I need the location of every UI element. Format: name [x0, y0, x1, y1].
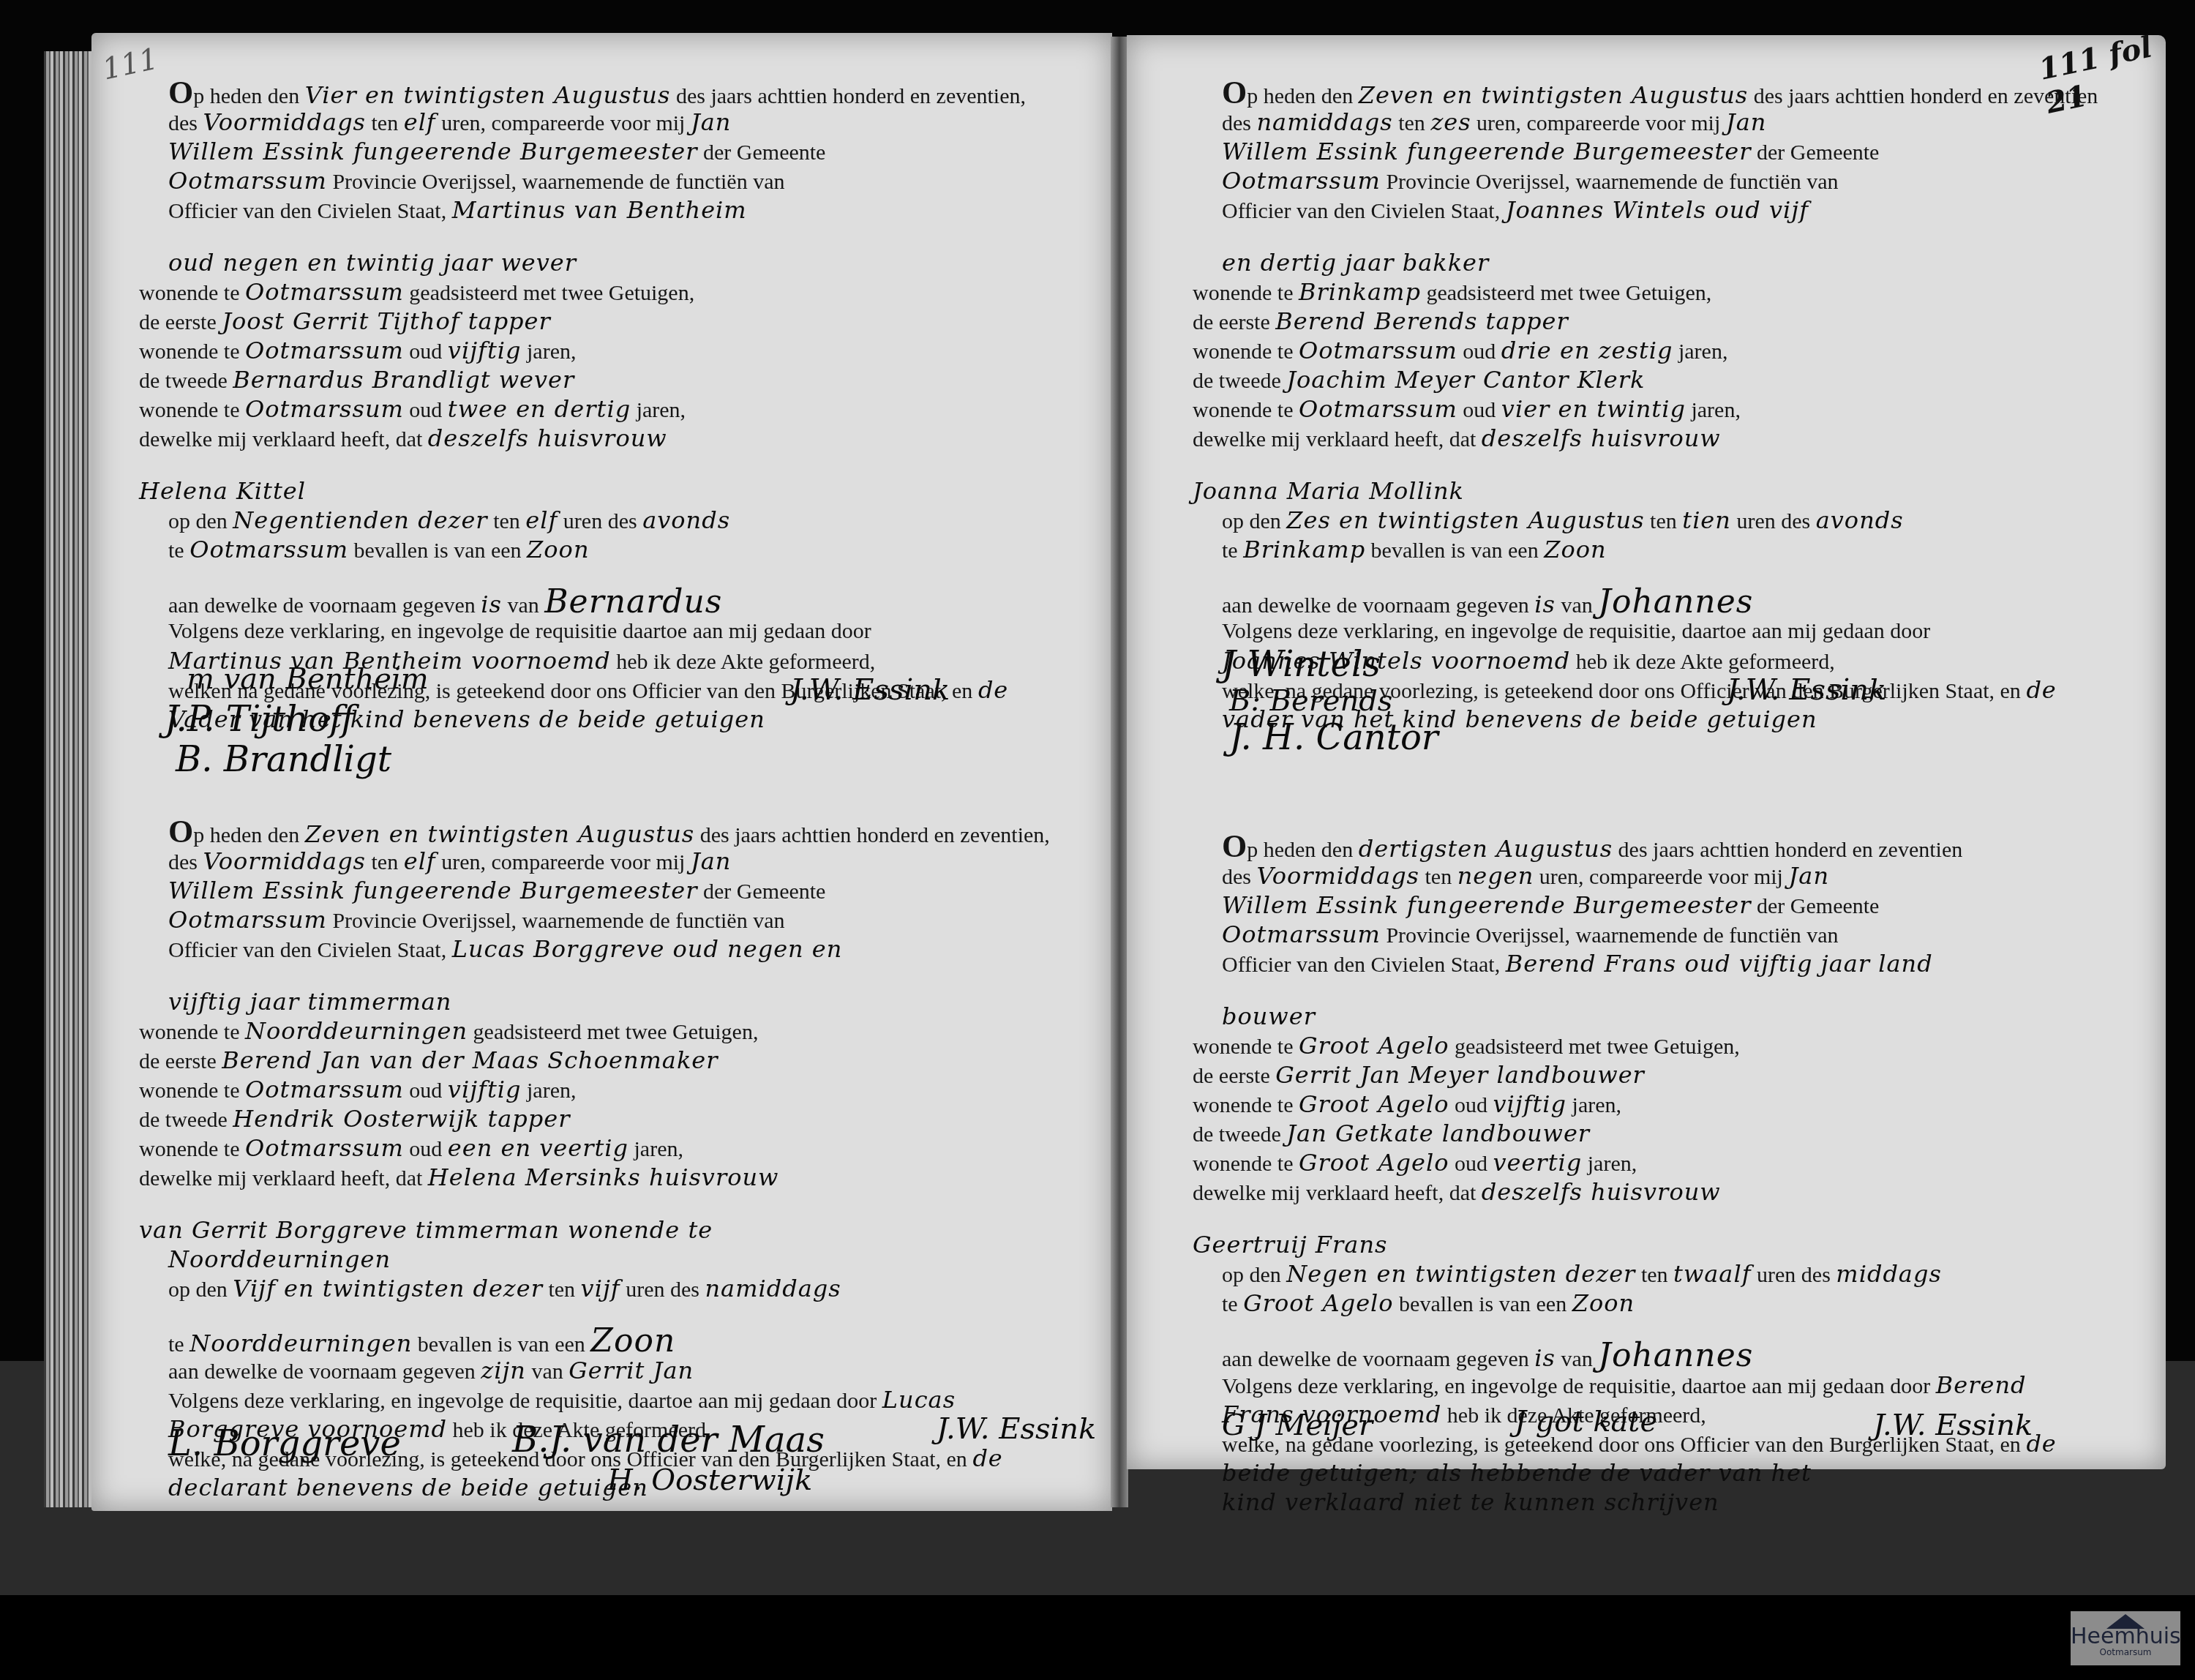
act-line: wonende te Ootmarssum oud drie en zestig…: [1193, 338, 1727, 364]
act-line: Willem Essink fungeerende Burgemeester d…: [168, 878, 825, 904]
handwritten-entry: Groot Agelo: [1299, 1032, 1449, 1060]
printed-text: des jaars achttien honderd en zeventien: [1748, 84, 2098, 108]
handwritten-entry: middags: [1836, 1260, 1942, 1288]
handwritten-entry: Lucas Borggreve oud negen en: [452, 935, 843, 963]
handwritten-entry: Zoon: [1544, 536, 1606, 563]
handwritten-entry: bouwer: [1222, 1002, 1316, 1030]
handwritten-entry: drie en zestig: [1501, 337, 1673, 364]
handwritten-entry: Willem Essink fungeerende Burgemeester: [168, 877, 698, 904]
printed-text: ten: [488, 509, 526, 533]
handwritten-entry: vijftig: [448, 337, 522, 364]
act-line: vijftig jaar timmerman: [168, 989, 451, 1016]
handwritten-entry: een en veertig: [448, 1134, 629, 1162]
handwritten-entry: oud negen en twintig jaar wever: [168, 249, 577, 277]
handwritten-entry: Willem Essink fungeerende Burgemeester: [1222, 138, 1752, 165]
handwritten-entry: namiddags: [705, 1275, 841, 1302]
handwritten-entry: van Gerrit Borggreve timmerman wonende t…: [139, 1216, 713, 1244]
printed-text: des: [1222, 111, 1257, 135]
printed-text: oud: [1457, 398, 1501, 422]
handwritten-entry: vijftig: [1493, 1090, 1566, 1118]
printed-text: wonende te: [1193, 340, 1299, 364]
act-line: wonende te Brinkamp geadsisteerd met twe…: [1193, 280, 1711, 306]
handwritten-entry: en dertig jaar bakker: [1222, 249, 1489, 277]
signature-act2-official: J.W. Essink: [937, 1412, 1096, 1446]
handwritten-entry: de: [972, 1444, 1002, 1472]
printed-text: jaren,: [1673, 340, 1727, 364]
act-line: Willem Essink fungeerende Burgemeester d…: [168, 139, 825, 165]
printed-text: de tweede: [1193, 369, 1286, 393]
act-line: de eerste Gerrit Jan Meyer landbouwer: [1193, 1062, 1645, 1089]
printed-text: jaren,: [629, 1137, 683, 1161]
handwritten-entry: Joanna Maria Mollink: [1193, 477, 1464, 505]
signature-act3-father: J Wintels: [1222, 644, 1381, 685]
handwritten-entry: Hendrik Oosterwijk tapper: [233, 1105, 570, 1133]
printed-text: Op heden den: [168, 823, 305, 847]
printed-text: ten: [1393, 111, 1431, 135]
act-line: Volgens deze verklaring, en ingevolge de…: [168, 1387, 956, 1414]
act-line: Op heden den Zeven en twintigsten August…: [168, 820, 1050, 848]
handwritten-entry: Vier en twintigsten Augustus: [305, 81, 671, 109]
handwritten-entry: declarant benevens de beide getuigen: [168, 1474, 648, 1501]
handwritten-entry: Zeven en twintigsten Augustus: [1359, 81, 1748, 109]
handwritten-entry: Ootmarssum: [1222, 167, 1381, 195]
act-line: Ootmarssum Provincie Overijssel, waarnem…: [1222, 922, 1838, 948]
act-line: wonende te Noorddeurningen geadsisteerd …: [139, 1019, 758, 1045]
handwritten-entry: elf: [404, 847, 436, 875]
act-line: de tweede Joachim Meyer Cantor Klerk: [1193, 367, 1645, 394]
act-line: beide getuigen; als hebbende de vader va…: [1222, 1460, 1812, 1487]
act-line: op den Negen en twintigsten dezer ten tw…: [1222, 1261, 1942, 1288]
handwritten-entry: Gerrit Jan Meyer landbouwer: [1275, 1061, 1645, 1089]
printed-text: des jaars achttien honderd en zeventien: [1613, 838, 1962, 862]
heemhuis-watermark-logo: Heemhuis Ootmarsum: [2071, 1611, 2180, 1665]
act-line: Geertruij Frans: [1193, 1232, 1387, 1259]
act-line: aan dewelke de voornaam gegeven is van B…: [168, 590, 722, 618]
handwritten-entry: Berend: [1936, 1371, 2027, 1399]
act-line: wonende te Ootmarssum geadsisteerd met t…: [139, 280, 694, 306]
drop-capital: O: [1222, 75, 1247, 110]
handwritten-entry: Bernardus Brandligt wever: [233, 366, 574, 394]
signature-act2-declarant: L. Borggreve: [168, 1423, 401, 1464]
handwritten-entry: Voormiddags: [203, 108, 367, 136]
handwritten-entry: Ootmarssum: [245, 337, 404, 364]
printed-text: de eerste: [139, 310, 222, 334]
printed-text: dewelke mij verklaard heeft, dat: [1193, 427, 1482, 451]
handwritten-entry: Joannes Wintels oud vijf: [1506, 196, 1809, 224]
printed-text: wonende te: [1193, 398, 1299, 422]
printed-text: wonende te: [1193, 1152, 1299, 1176]
handwritten-entry: vijftig: [448, 1076, 522, 1103]
printed-text: dewelke mij verklaard heeft, dat: [139, 427, 428, 451]
printed-text: aan dewelke de voornaam gegeven: [168, 1360, 481, 1384]
handwritten-entry: is: [481, 590, 502, 618]
printed-text: bevallen is van een: [1394, 1292, 1572, 1316]
printed-text: Op heden den: [168, 84, 305, 108]
handwritten-entry: elf: [404, 108, 436, 136]
printed-text: oud: [404, 340, 448, 364]
act-line: de eerste Berend Berends tapper: [1193, 309, 1569, 335]
signature-act3-witness2: J. H. Cantor: [1229, 717, 1438, 758]
handwritten-entry: veertig: [1493, 1149, 1582, 1177]
signature-act2-witness1: B.J. van der Maas: [512, 1420, 825, 1460]
printed-text: oud: [404, 1137, 448, 1161]
handwritten-entry: Jan: [691, 108, 732, 136]
act-line: Ootmarssum Provincie Overijssel, waarnem…: [168, 907, 784, 934]
handwritten-entry: Helena Kittel: [139, 477, 306, 505]
act-line: dewelke mij verklaard heeft, dat deszelf…: [1193, 1180, 1721, 1206]
printed-text: dewelke mij verklaard heeft, dat: [1193, 1181, 1482, 1205]
handwritten-entry: Negentienden dezer: [233, 506, 487, 534]
printed-text: uren des: [1752, 1263, 1836, 1287]
act-line: Noorddeurningen: [168, 1247, 391, 1273]
act-line: te Groot Agelo bevallen is van een Zoon: [1222, 1291, 1635, 1317]
act-line: Volgens deze verklaring, en ingevolge de…: [168, 619, 871, 644]
printed-text: van: [1556, 593, 1598, 618]
signature-act3-witness1: B: Berends: [1229, 684, 1392, 718]
handwritten-entry: Ootmarssum: [1222, 920, 1381, 948]
printed-text: Officier van den Civielen Staat,: [1222, 199, 1506, 223]
printed-text: wonende te: [139, 1079, 245, 1103]
printed-text: op den: [1222, 509, 1286, 533]
printed-text: Op heden den: [1222, 84, 1359, 108]
act-line: aan dewelke de voornaam gegeven zijn van…: [168, 1358, 694, 1384]
printed-text: jaren,: [521, 1079, 576, 1103]
handwritten-entry: deszelfs huisvrouw: [1482, 1178, 1721, 1206]
printed-text: van: [502, 593, 544, 618]
act-line: op den Zes en twintigsten Augustus ten t…: [1222, 508, 1904, 534]
handwritten-entry: Ootmarssum: [190, 536, 348, 563]
handwritten-entry: Johannes: [1598, 583, 1753, 620]
handwritten-entry: Groot Agelo: [1299, 1090, 1449, 1118]
handwritten-entry: Zoon: [590, 1322, 675, 1360]
handwritten-entry: Noorddeurningen: [190, 1330, 412, 1357]
printed-text: Officier van den Civielen Staat,: [168, 938, 452, 962]
printed-text: des: [168, 111, 203, 135]
printed-text: op den: [168, 1278, 233, 1302]
handwritten-entry: twaalf: [1673, 1260, 1751, 1288]
drop-capital: O: [168, 814, 193, 850]
printed-text: Volgens deze verklaring, en ingevolge de…: [1222, 619, 1930, 643]
printed-text: wonende te: [139, 398, 245, 422]
act-line: de tweede Jan Getkate landbouwer: [1193, 1121, 1590, 1147]
handwritten-entry: negen: [1457, 862, 1534, 890]
handwritten-entry: Jan: [1788, 862, 1829, 890]
act-line: Op heden den Zeven en twintigsten August…: [1222, 80, 2098, 109]
handwritten-entry: Groot Agelo: [1299, 1149, 1449, 1177]
printed-text: geadsisteerd met twee Getuigen,: [1449, 1035, 1739, 1059]
printed-text: van: [526, 1360, 569, 1384]
handwritten-entry: Groot Agelo: [1243, 1289, 1393, 1317]
printed-text: dewelke mij verklaard heeft, dat: [139, 1166, 428, 1190]
handwritten-entry: Zoon: [527, 536, 589, 563]
act-line: Willem Essink fungeerende Burgemeester d…: [1222, 893, 1879, 919]
handwritten-entry: twee en dertig: [448, 395, 631, 423]
printed-text: oud: [1457, 340, 1501, 364]
printed-text: des: [1222, 865, 1257, 889]
book-gutter: [1111, 37, 1128, 1507]
handwritten-entry: Noorddeurningen: [245, 1017, 468, 1045]
printed-text: wonende te: [139, 1020, 245, 1044]
handwritten-entry: Ootmarssum: [1299, 337, 1457, 364]
act-line: te Noorddeurningen bevallen is van een Z…: [168, 1329, 675, 1357]
handwritten-entry: Berend Berends tapper: [1275, 307, 1568, 335]
handwritten-entry: dertigsten Augustus: [1359, 835, 1613, 863]
printed-text: Provincie Overijssel, waarnemende de fun…: [327, 909, 785, 933]
signature-act4-witness1: G J Meijer: [1222, 1409, 1373, 1442]
drop-capital: O: [168, 75, 193, 110]
act-line: dewelke mij verklaard heeft, dat deszelf…: [1193, 426, 1721, 452]
handwritten-entry: Ootmarssum: [245, 1134, 404, 1162]
act-line: Volgens deze verklaring, en ingevolge de…: [1222, 1373, 2027, 1399]
act-line: declarant benevens de beide getuigen: [168, 1475, 648, 1501]
printed-text: uren des: [620, 1278, 705, 1302]
printed-text: de eerste: [1193, 1064, 1275, 1088]
printed-text: Provincie Overijssel, waarnemende de fun…: [1381, 923, 1839, 948]
handwritten-entry: Vijf en twintigsten dezer: [233, 1275, 543, 1302]
printed-text: te: [1222, 1292, 1243, 1316]
printed-text: de tweede: [1193, 1122, 1286, 1147]
printed-text: Provincie Overijssel, waarnemende de fun…: [1381, 170, 1839, 194]
act-line: Officier van den Civielen Staat, Berend …: [1222, 951, 1933, 978]
act-line: Joanna Maria Mollink: [1193, 479, 1464, 505]
printed-text: oud: [1449, 1152, 1493, 1176]
handwritten-entry: Ootmarssum: [245, 1076, 404, 1103]
printed-text: jaren,: [631, 398, 686, 422]
handwritten-entry: zijn: [481, 1357, 526, 1384]
printed-text: geadsisteerd met twee Getuigen,: [1421, 281, 1711, 305]
handwritten-entry: Lucas: [882, 1386, 956, 1414]
act-line: kind verklaard niet te kunnen schrijven: [1222, 1490, 1719, 1516]
handwritten-entry: namiddags: [1257, 108, 1393, 136]
signature-act1-official: J.W. Essink: [790, 673, 950, 707]
handwritten-entry: Brinkamp: [1243, 536, 1365, 563]
printed-text: heb ik deze Akte geformeerd,: [611, 650, 876, 674]
printed-text: te: [1222, 539, 1243, 563]
act-line: en dertig jaar bakker: [1222, 250, 1489, 277]
act-line: wonende te Ootmarssum oud vijftig jaren,: [139, 338, 576, 364]
handwritten-entry: Voormiddags: [1257, 862, 1420, 890]
act-line: Officier van den Civielen Staat, Lucas B…: [168, 937, 842, 963]
printed-text: jaren,: [1566, 1093, 1621, 1117]
printed-text: jaren,: [1582, 1152, 1637, 1176]
act-line: Op heden den dertigsten Augustus des jaa…: [1222, 834, 1962, 863]
printed-text: wonende te: [1193, 281, 1299, 305]
handwritten-entry: vier en twintig: [1501, 395, 1686, 423]
printed-text: Provincie Overijssel, waarnemende de fun…: [327, 170, 785, 194]
handwritten-entry: Joachim Meyer Cantor Klerk: [1286, 366, 1645, 394]
act-line: op den Negentienden dezer ten elf uren d…: [168, 508, 730, 534]
act-line: wonende te Ootmarssum oud een en veertig…: [139, 1136, 683, 1162]
printed-text: uren, compareerde voor mij: [436, 850, 691, 874]
handwritten-entry: avonds: [1816, 506, 1904, 534]
signature-act1-witness2: B. Brandligt: [176, 739, 391, 780]
printed-text: bevallen is van een: [1365, 539, 1544, 563]
printed-text: Volgens deze verklaring, en ingevolge de…: [1222, 1374, 1936, 1398]
handwritten-entry: deszelfs huisvrouw: [428, 424, 667, 452]
handwritten-entry: Jan: [691, 847, 732, 875]
handwritten-entry: Bernardus: [544, 583, 722, 620]
handwritten-entry: Ootmarssum: [168, 167, 327, 195]
handwritten-entry: kind verklaard niet te kunnen schrijven: [1222, 1488, 1719, 1516]
act-line: Officier van den Civielen Staat, Martinu…: [168, 198, 747, 224]
act-line: Helena Kittel: [139, 479, 306, 505]
printed-text: Op heden den: [1222, 838, 1359, 862]
act-line: des Voormiddags ten negen uren, comparee…: [1222, 863, 1829, 890]
act-line: wonende te Ootmarssum oud twee en dertig…: [139, 397, 686, 423]
handwritten-entry: Brinkamp: [1299, 278, 1421, 306]
handwritten-entry: tien: [1682, 506, 1731, 534]
act-line: des Voormiddags ten elf uren, compareerd…: [168, 110, 731, 136]
act-line: wonende te Groot Agelo geadsisteerd met …: [1193, 1033, 1740, 1060]
printed-text: ten: [1635, 1263, 1673, 1287]
handwritten-entry: Ootmarssum: [1299, 395, 1457, 423]
printed-text: bevallen is van een: [348, 539, 527, 563]
handwritten-entry: Martinus van Bentheim: [452, 196, 747, 224]
handwritten-entry: elf: [525, 506, 558, 534]
act-line: wonende te Groot Agelo oud veertig jaren…: [1193, 1150, 1637, 1177]
handwritten-entry: Berend Jan van der Maas Schoenmaker: [222, 1046, 718, 1074]
handwritten-entry: beide getuigen; als hebbende de vader va…: [1222, 1459, 1812, 1487]
printed-text: uren, compareerde voor mij: [1534, 865, 1788, 889]
act-line: aan dewelke de voornaam gegeven is van J…: [1222, 590, 1753, 618]
handwritten-entry: Willem Essink fungeerende Burgemeester: [168, 138, 698, 165]
printed-text: des jaars achttien honderd en zeventien,: [670, 84, 1026, 108]
printed-text: wonende te: [139, 281, 245, 305]
printed-text: uren des: [1731, 509, 1816, 533]
handwritten-entry: Negen en twintigsten dezer: [1286, 1260, 1635, 1288]
printed-text: uren, compareerde voor mij: [436, 111, 691, 135]
handwritten-entry: Noorddeurningen: [168, 1245, 391, 1273]
printed-text: der Gemeente: [1752, 894, 1880, 918]
handwritten-entry: de: [978, 676, 1008, 704]
printed-text: te: [168, 539, 190, 563]
book-page-edges: [44, 51, 94, 1507]
handwritten-entry: Berend Frans oud vijftig jaar land: [1506, 950, 1933, 978]
act-line: Officier van den Civielen Staat, Joannes…: [1222, 198, 1809, 224]
printed-text: aan dewelke de voornaam gegeven: [1222, 1347, 1534, 1371]
drop-capital: O: [1222, 828, 1247, 864]
printed-text: oud: [404, 398, 448, 422]
printed-text: de tweede: [139, 1108, 233, 1132]
act-line: dewelke mij verklaard heeft, dat Helena …: [139, 1165, 778, 1191]
signature-act3-official: J.W. Essink: [1727, 673, 1886, 707]
act-line: van Gerrit Borggreve timmerman wonende t…: [139, 1218, 713, 1244]
signature-act4-witness2: J got kate: [1515, 1405, 1657, 1439]
printed-text: wonende te: [1193, 1035, 1299, 1059]
act-line: te Ootmarssum bevallen is van een Zoon: [168, 537, 589, 563]
handwritten-entry: Ootmarssum: [168, 906, 327, 934]
printed-text: uren des: [558, 509, 642, 533]
handwritten-entry: Johannes: [1598, 1337, 1753, 1374]
printed-text: der Gemeente: [698, 140, 826, 165]
printed-text: geadsisteerd met twee Getuigen,: [404, 281, 694, 305]
printed-text: Volgens deze verklaring, en ingevolge de…: [168, 1389, 882, 1413]
act-line: wonende te Ootmarssum oud vijftig jaren,: [139, 1077, 576, 1103]
handwritten-entry: vijf: [581, 1275, 620, 1302]
handwritten-entry: Zes en twintigsten Augustus: [1286, 506, 1644, 534]
act-line: op den Vijf en twintigsten dezer ten vij…: [168, 1276, 841, 1302]
handwritten-entry: Willem Essink fungeerende Burgemeester: [1222, 891, 1752, 919]
printed-text: ten: [543, 1278, 581, 1302]
printed-text: te: [168, 1332, 190, 1357]
act-line: des Voormiddags ten elf uren, compareerd…: [168, 849, 731, 875]
printed-text: oud: [1449, 1093, 1493, 1117]
handwritten-entry: de: [2026, 676, 2056, 704]
printed-text: wonende te: [139, 1137, 245, 1161]
printed-text: op den: [1222, 1263, 1286, 1287]
act-line: de eerste Berend Jan van der Maas Schoen…: [139, 1048, 718, 1074]
printed-text: uren, compareerde voor mij: [1471, 111, 1726, 135]
handwritten-entry: Jan Getkate landbouwer: [1286, 1120, 1590, 1147]
printed-text: des jaars achttien honderd en zeventien,: [694, 823, 1050, 847]
act-line: bouwer: [1222, 1004, 1316, 1030]
signature-act1-witness1: J.P. Tijthoff: [165, 699, 354, 740]
act-line: Ootmarssum Provincie Overijssel, waarnem…: [1222, 168, 1838, 195]
printed-text: des: [168, 850, 203, 874]
handwritten-entry: Geertruij Frans: [1193, 1231, 1387, 1259]
act-line: Ootmarssum Provincie Overijssel, waarnem…: [168, 168, 784, 195]
act-line: de tweede Hendrik Oosterwijk tapper: [139, 1106, 571, 1133]
act-line: te Brinkamp bevallen is van een Zoon: [1222, 537, 1607, 563]
printed-text: van: [1556, 1347, 1598, 1371]
handwritten-entry: Jan: [1726, 108, 1767, 136]
printed-text: op den: [168, 509, 233, 533]
act-line: aan dewelke de voornaam gegeven is van J…: [1222, 1343, 1753, 1372]
handwritten-entry: deszelfs huisvrouw: [1482, 424, 1721, 452]
printed-text: jaren,: [521, 340, 576, 364]
printed-text: der Gemeente: [698, 880, 826, 904]
handwritten-entry: vijftig jaar timmerman: [168, 988, 451, 1016]
handwritten-entry: Zeven en twintigsten Augustus: [305, 820, 694, 848]
act-line: Willem Essink fungeerende Burgemeester d…: [1222, 139, 1879, 165]
handwritten-entry: is: [1534, 1344, 1556, 1372]
handwritten-entry: Gerrit Jan: [569, 1357, 694, 1384]
watermark-name: Heemhuis: [2071, 1626, 2180, 1648]
handwritten-entry: Ootmarssum: [245, 395, 404, 423]
handwritten-entry: Helena Mersinks huisvrouw: [428, 1163, 779, 1191]
printed-text: der Gemeente: [1752, 140, 1880, 165]
act-line: Volgens deze verklaring, en ingevolge de…: [1222, 619, 1930, 644]
scan-border: [0, 1595, 2195, 1680]
signature-act1-father-top: m van Bentheim: [187, 662, 429, 696]
handwritten-entry: Ootmarssum: [245, 278, 404, 306]
act-line: wonende te Groot Agelo oud vijftig jaren…: [1193, 1092, 1621, 1118]
printed-text: aan dewelke de voornaam gegeven: [1222, 593, 1534, 618]
printed-text: de eerste: [1193, 310, 1275, 334]
printed-text: ten: [1645, 509, 1683, 533]
act-line: de eerste Joost Gerrit Tijthof tapper: [139, 309, 551, 335]
printed-text: wonende te: [139, 340, 245, 364]
printed-text: de tweede: [139, 369, 233, 393]
printed-text: bevallen is van een: [412, 1332, 590, 1357]
printed-text: jaren,: [1686, 398, 1741, 422]
printed-text: wonende te: [1193, 1093, 1299, 1117]
handwritten-entry: is: [1534, 590, 1556, 618]
handwritten-entry: avonds: [642, 506, 730, 534]
printed-text: Volgens deze verklaring, en ingevolge de…: [168, 619, 871, 643]
handwritten-entry: Joost Gerrit Tijthof tapper: [222, 307, 551, 335]
signature-act2-witness2: H. Oosterwijk: [607, 1463, 812, 1497]
printed-text: ten: [1419, 865, 1457, 889]
printed-text: de eerste: [139, 1049, 222, 1073]
printed-text: ten: [366, 850, 404, 874]
handwritten-entry: zes: [1430, 108, 1471, 136]
printed-text: Officier van den Civielen Staat,: [168, 199, 452, 223]
printed-text: Officier van den Civielen Staat,: [1222, 953, 1506, 977]
handwritten-entry: Voormiddags: [203, 847, 367, 875]
printed-text: oud: [404, 1079, 448, 1103]
act-line: Op heden den Vier en twintigsten Augustu…: [168, 80, 1026, 109]
